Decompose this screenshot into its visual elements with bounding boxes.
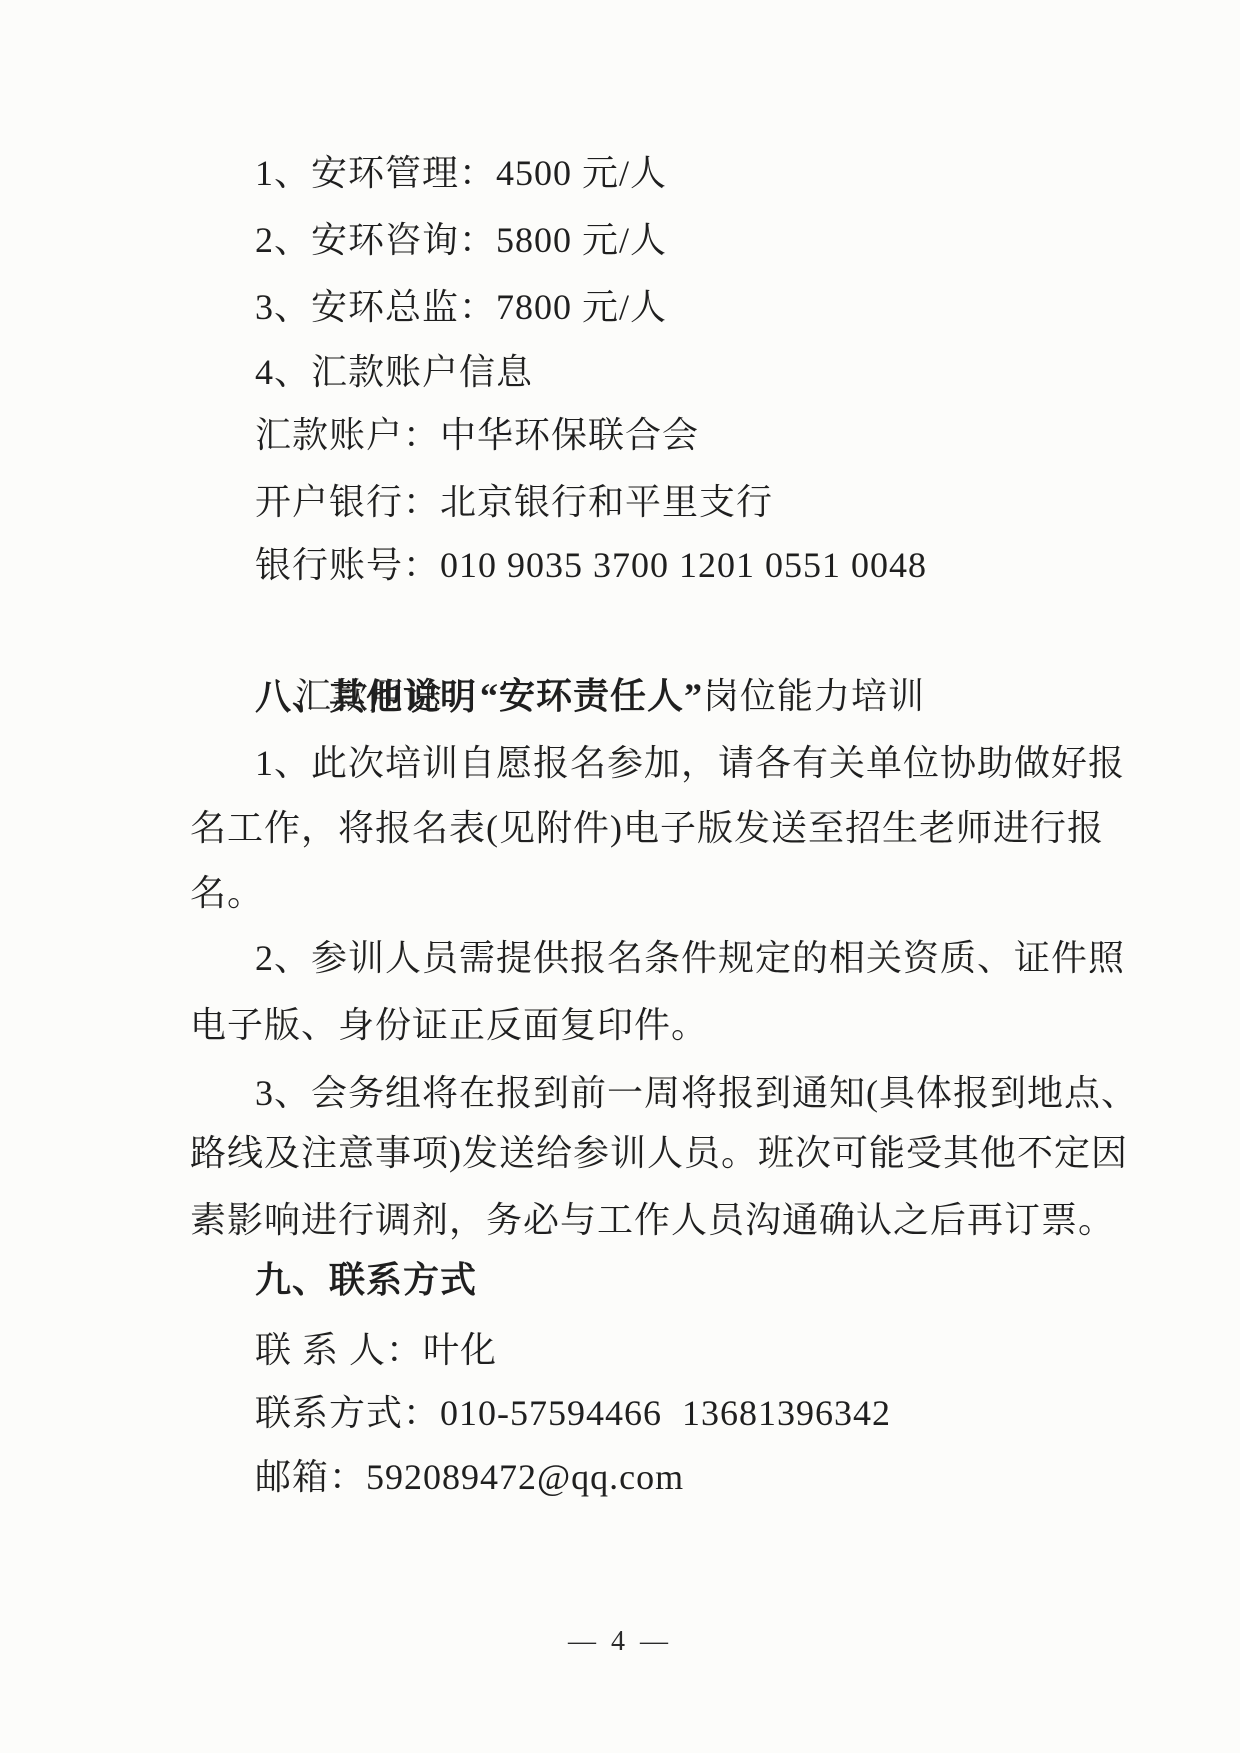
page-number-footer: — 4 — bbox=[0, 1626, 1240, 1658]
contact-phone-line: 联系方式：010-57594466 13681396342 bbox=[255, 1381, 891, 1445]
purpose-quoted-title: “安环责任人” bbox=[480, 676, 703, 716]
fee-item-director: 3、安环总监：7800 元/人 bbox=[255, 275, 667, 339]
bank-account-number-line: 银行账号：010 9035 3700 1201 0551 0048 bbox=[255, 533, 927, 597]
note1-line-1: 1、此次培训自愿报名参加，请各有关单位协助做好报 bbox=[255, 731, 1125, 795]
remittance-account-line: 汇款账户：中华环保联合会 bbox=[255, 403, 699, 467]
purpose-suffix: 岗位能力培训 bbox=[703, 676, 925, 716]
note3-line-2: 路线及注意事项)发送给参训人员。班次可能受其他不定因 bbox=[190, 1121, 1128, 1185]
section-heading-contact: 九、联系方式 bbox=[255, 1248, 477, 1312]
fee-item-consulting: 2、安环咨询：5800 元/人 bbox=[255, 208, 667, 272]
note3-line-3: 素影响进行调剂，务必与工作人员沟通确认之后再订票。 bbox=[190, 1188, 1115, 1252]
section-heading-other-notes: 八、其他说明 bbox=[255, 665, 477, 729]
note2-line-1: 2、参训人员需提供报名条件规定的相关资质、证件照 bbox=[255, 926, 1125, 990]
contact-person-line: 联 系 人：叶化 bbox=[255, 1318, 497, 1382]
document-page: 1、安环管理：4500 元/人 2、安环咨询：5800 元/人 3、安环总监：7… bbox=[0, 0, 1240, 1753]
note3-line-1: 3、会务组将在报到前一周将报到通知(具体报到地点、 bbox=[255, 1061, 1138, 1125]
note1-line-3: 名。 bbox=[190, 861, 264, 925]
fee-item-management: 1、安环管理：4500 元/人 bbox=[255, 141, 667, 205]
note1-line-2: 名工作，将报名表(见附件)电子版发送至招生老师进行报 bbox=[190, 796, 1104, 860]
contact-email-line: 邮箱：592089472@qq.com bbox=[255, 1445, 684, 1509]
bank-name-line: 开户银行：北京银行和平里支行 bbox=[255, 470, 773, 534]
note2-line-2: 电子版、身份证正反面复印件。 bbox=[190, 993, 708, 1057]
remittance-info-title: 4、汇款账户信息 bbox=[255, 340, 533, 404]
